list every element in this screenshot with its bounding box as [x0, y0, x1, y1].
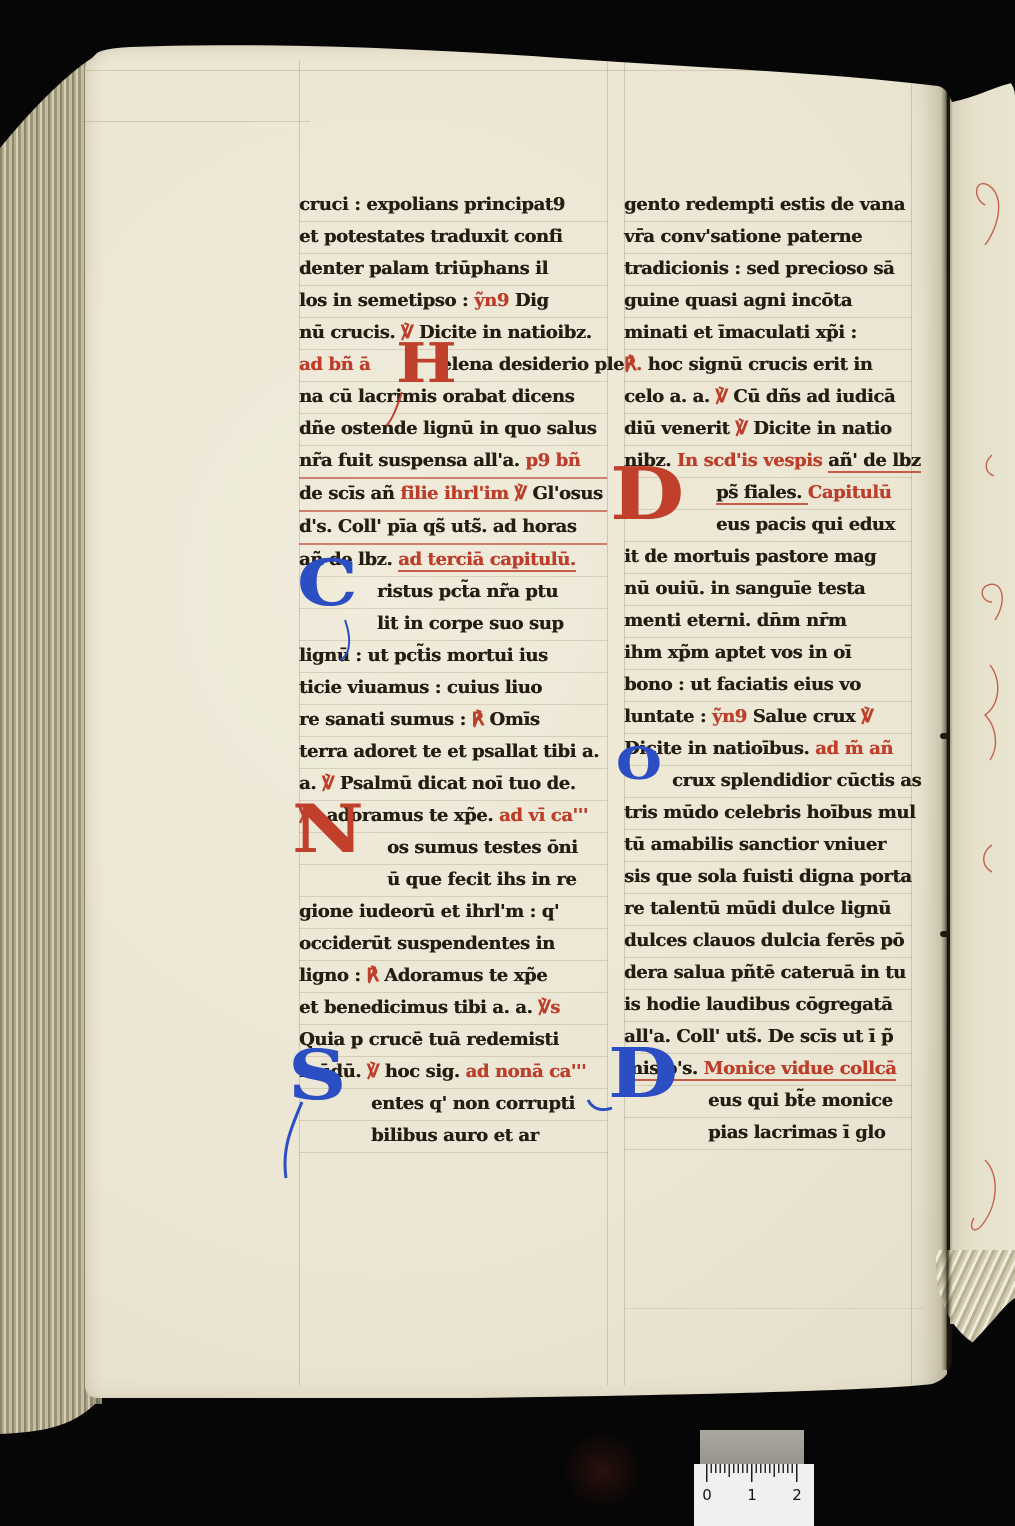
- text-segment: eus pacis qui edux: [716, 514, 895, 535]
- text-line: nū ouiū. in sanguīe testa: [624, 574, 912, 606]
- ruler-label: 1: [746, 1486, 758, 1504]
- text-line: diū venerit ℣ Dicite in natio: [624, 414, 912, 446]
- text-line: sis que sola fuisti digna porta: [624, 862, 912, 894]
- ruler-gray-tab: [700, 1430, 804, 1468]
- ruler-label: 2: [791, 1486, 803, 1504]
- gutter: [941, 70, 953, 1370]
- illuminated-initial-O: O: [616, 744, 661, 786]
- text-segment: de scīs añ: [299, 483, 400, 504]
- text-segment: Dicite in natio: [753, 418, 891, 439]
- text-line: tū amabilis sanctior vniuer: [624, 830, 912, 862]
- text-line: minati et īmaculati xp̃i :: [624, 318, 912, 350]
- text-segment: ℟.: [624, 354, 648, 375]
- text-segment: it de mortuis pastore mag: [624, 546, 876, 567]
- text-segment: ps̃ fiales.: [716, 482, 808, 505]
- text-line: re talentū mūdi dulce lignū: [624, 894, 912, 926]
- ruler-label: 0: [701, 1486, 713, 1504]
- manuscript-photo: 0 1 2 cruci : expolians principat9et pot…: [0, 0, 1015, 1526]
- text-segment: ℣s: [538, 997, 560, 1018]
- text-segment: ℟: [366, 965, 384, 986]
- text-line: guine quasi agni incōta: [624, 286, 912, 318]
- text-segment: ℟: [472, 709, 490, 730]
- text-segment: d's. Coll' pīa qs̃ uts̃. ad horas: [299, 516, 576, 537]
- text-segment: is hodie laudibus cōgregatā: [624, 994, 892, 1015]
- text-segment: ristus pct̃a nr̃a ptu: [377, 581, 558, 602]
- text-segment: elena desiderio ple: [440, 354, 624, 375]
- text-segment: luntate :: [624, 706, 712, 727]
- text-line: is hodie laudibus cōgregatā: [624, 990, 912, 1022]
- illuminated-initial-C: C: [297, 553, 357, 614]
- text-segment: terra adoret te et psallat tibi a.: [299, 741, 599, 762]
- text-line: denter palam triūphans il: [299, 254, 607, 286]
- text-line: menti eterni. dn̄m nr̄m: [624, 606, 912, 638]
- illuminated-initial-N: N: [292, 798, 363, 861]
- text-segment: nū crucis.: [299, 322, 401, 343]
- text-segment: ad vī ca''': [499, 805, 588, 826]
- text-segment: Psalmū dicat noī tuo de.: [340, 773, 576, 794]
- text-segment: Omīs: [489, 709, 539, 730]
- text-line: vr̄a conv'satione paterne: [624, 222, 912, 254]
- text-line: Dicite in natioībus. ad m̃ añ: [624, 734, 912, 766]
- text-line: luntate : ỹn9 Salue crux ℣: [624, 702, 912, 734]
- sewing-station: [940, 733, 949, 739]
- text-line: d's. Coll' pīa qs̃ uts̃. ad horas: [299, 512, 607, 545]
- ruling-line: [85, 121, 310, 122]
- text-segment: In scd'is vespis: [677, 450, 828, 471]
- text-segment: cruci : expolians principat9: [299, 194, 565, 215]
- text-segment: ū que fecit ihs in re: [387, 869, 576, 890]
- text-segment: sis que sola fuisti digna porta: [624, 866, 912, 887]
- text-segment: ligno :: [299, 965, 366, 986]
- text-line: dulces clauos dulcia ferēs pō: [624, 926, 912, 958]
- text-segment: ℣: [861, 706, 873, 727]
- text-segment: Adoramus te xp̃e: [384, 965, 547, 986]
- text-segment: nū ouiū. in sanguīe testa: [624, 578, 865, 599]
- text-segment: dñe ostende lignū in quo salus: [299, 418, 596, 439]
- text-line: gione iudeorū et ihrl'm : q': [299, 897, 607, 929]
- text-segment: bilibus auro et ar: [371, 1125, 539, 1146]
- text-segment: Gl'osus: [532, 483, 602, 504]
- text-line: tris mūdo celebris hoībus mul: [624, 798, 912, 830]
- text-segment: et potestates traduxit confi: [299, 226, 562, 247]
- text-segment: minati et īmaculati xp̃i :: [624, 322, 857, 343]
- text-line: occiderūt suspendentes in: [299, 929, 607, 961]
- text-segment: crux splendidior cūctis as: [672, 770, 921, 791]
- illuminated-initial-S: S: [288, 1044, 346, 1109]
- text-segment: Monice vidue collcā: [703, 1058, 896, 1081]
- text-segment: denter palam triūphans il: [299, 258, 548, 279]
- text-segment: pias lacrimas ī glo: [708, 1122, 885, 1143]
- text-segment: ℣: [735, 418, 753, 439]
- ruler-scale: 0 1 2: [694, 1464, 814, 1526]
- text-segment: vr̄a conv'satione paterne: [624, 226, 862, 247]
- text-segment: ad terciā capitulū.: [398, 549, 576, 572]
- text-segment: guine quasi agni incōta: [624, 290, 852, 311]
- text-segment: filie ihrl'im ℣: [400, 483, 532, 504]
- text-segment: Dig: [515, 290, 549, 311]
- text-line: ligno : ℟ Adoramus te xp̃e: [299, 961, 607, 993]
- text-segment: re sanati sumus :: [299, 709, 472, 730]
- text-line: crux splendidior cūctis as: [624, 766, 912, 798]
- text-segment: nr̃a fuit suspensa all'a.: [299, 450, 525, 471]
- text-line: ticie viuamus : cuius liuo: [299, 673, 607, 705]
- text-segment: Capitulū: [808, 482, 892, 503]
- text-line: gento redempti estis de vana: [624, 190, 912, 222]
- text-segment: ỹn9: [474, 290, 515, 311]
- text-line: bilibus auro et ar: [299, 1121, 607, 1153]
- ruling-line: [607, 60, 608, 1385]
- text-segment: los in semetipso :: [299, 290, 474, 311]
- text-segment: lignū : ut pct̃is mortui ius: [299, 645, 548, 666]
- text-segment: ticie viuamus : cuius liuo: [299, 677, 542, 698]
- text-line: ihm xp̃m aptet vos in oī: [624, 638, 912, 670]
- text-segment: menti eterni. dn̄m nr̄m: [624, 610, 846, 631]
- ruling-line: [624, 1308, 924, 1309]
- text-segment: os sumus testes ōni: [387, 837, 578, 858]
- text-segment: re talentū mūdi dulce lignū: [624, 898, 891, 919]
- text-segment: Salue crux: [753, 706, 861, 727]
- text-segment: ihm xp̃m aptet vos in oī: [624, 642, 851, 663]
- text-line: et benedicimus tibi a. a. ℣s: [299, 993, 607, 1025]
- text-segment: tris mūdo celebris hoībus mul: [624, 802, 915, 823]
- text-line: lignū : ut pct̃is mortui ius: [299, 641, 607, 673]
- text-segment: ad bñ ā: [299, 354, 370, 375]
- text-line: celo a. a. ℣ Cū dñs ad iudicā: [624, 382, 912, 414]
- text-line: de scīs añ filie ihrl'im ℣ Gl'osus: [299, 479, 607, 512]
- text-line: et potestates traduxit confi: [299, 222, 607, 254]
- text-segment: gento redempti estis de vana: [624, 194, 905, 215]
- text-line: terra adoret te et psallat tibi a.: [299, 737, 607, 769]
- text-segment: diū venerit: [624, 418, 735, 439]
- text-line: nr̃a fuit suspensa all'a. p9 bñ: [299, 446, 607, 479]
- text-line: ℟. hoc signū crucis erit in: [624, 350, 912, 382]
- text-segment: entes q' non corrupti: [371, 1093, 575, 1114]
- text-segment: tū amabilis sanctior vniuer: [624, 834, 886, 855]
- text-segment: ℣: [716, 386, 734, 407]
- illuminated-initial-D: D: [608, 1042, 678, 1107]
- text-line: dñe ostende lignū in quo salus: [299, 414, 607, 446]
- text-segment: bono : ut faciatis eius vo: [624, 674, 861, 695]
- text-segment: dulces clauos dulcia ferēs pō: [624, 930, 904, 951]
- illuminated-initial-H: H: [396, 338, 456, 389]
- text-line: ū que fecit ihs in re: [299, 865, 607, 897]
- right-text-column: gento redempti estis de vanavr̄a conv'sa…: [624, 190, 912, 1150]
- illuminated-initial-D: D: [610, 460, 684, 528]
- text-segment: Cū dñs ad iudicā: [733, 386, 895, 407]
- text-segment: dera salua pñtē cateruā in tu: [624, 962, 906, 983]
- text-segment: ℣: [367, 1061, 385, 1082]
- text-segment: celo a. a.: [624, 386, 716, 407]
- text-line: it de mortuis pastore mag: [624, 542, 912, 574]
- text-segment: hoc sig.: [385, 1061, 466, 1082]
- text-line: tradicionis : sed precioso sā: [624, 254, 912, 286]
- text-line: los in semetipso : ỹn9 Dig: [299, 286, 607, 318]
- text-segment: hoc signū crucis erit in: [648, 354, 873, 375]
- text-segment: ad m̃ añ: [815, 738, 893, 759]
- text-segment: añ' de lbz: [828, 450, 920, 473]
- text-line: cruci : expolians principat9: [299, 190, 607, 222]
- text-segment: gione iudeorū et ihrl'm : q': [299, 901, 559, 922]
- text-line: pias lacrimas ī glo: [624, 1118, 912, 1150]
- stain-smudge: [545, 1415, 660, 1526]
- text-segment: lit in corpe suo sup: [377, 613, 564, 634]
- text-segment: eus qui bt̃e monice: [708, 1090, 893, 1111]
- text-line: bono : ut faciatis eius vo: [624, 670, 912, 702]
- text-segment: ỹn9: [712, 706, 753, 727]
- text-segment: occiderūt suspendentes in: [299, 933, 555, 954]
- text-segment: p9 bñ: [525, 450, 580, 471]
- text-segment: tradicionis : sed precioso sā: [624, 258, 894, 279]
- text-segment: et benedicimus tibi a. a.: [299, 997, 538, 1018]
- ruling-line: [85, 70, 945, 71]
- text-line: re sanati sumus : ℟ Omīs: [299, 705, 607, 737]
- ruler-cm-ticks: [706, 1464, 799, 1482]
- facing-page-edge: [950, 74, 1015, 1324]
- text-segment: ad nonā ca''': [466, 1061, 587, 1082]
- text-line: dera salua pñtē cateruā in tu: [624, 958, 912, 990]
- sewing-station: [940, 931, 949, 937]
